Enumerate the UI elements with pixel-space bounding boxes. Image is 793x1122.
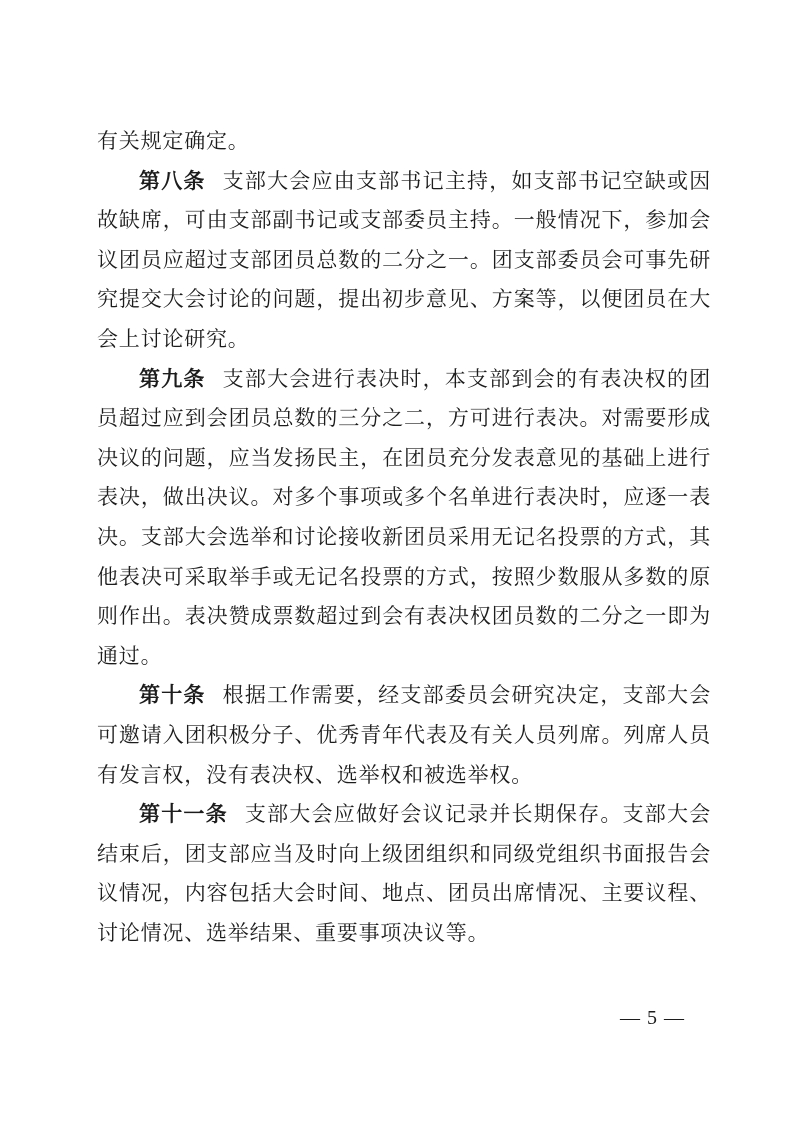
document-page: 有关规定确定。第八条支部大会应由支部书记主持，如支部书记空缺或因故缺席，可由支部… (0, 0, 793, 1122)
page-footer: — 5 — (620, 1003, 685, 1033)
page-number: — 5 — (620, 1007, 685, 1029)
paragraph: 第八条支部大会应由支部书记主持，如支部书记空缺或因故缺席，可由支部副书记或支部委… (97, 162, 711, 360)
paragraph: 第十条根据工作需要，经支部委员会研究决定，支部大会可邀请入团积极分子、优秀青年代… (97, 676, 711, 795)
article-number: 第十一条 (139, 802, 228, 826)
article-number: 第八条 (139, 169, 206, 193)
paragraph: 有关规定确定。 (97, 122, 711, 162)
paragraph: 第十一条支部大会应做好会议记录并长期保存。支部大会结束后，团支部应当及时向上级团… (97, 795, 711, 953)
paragraph: 第九条支部大会进行表决时，本支部到会的有表决权的团员超过应到会团员总数的三分之二… (97, 360, 711, 677)
article-number: 第九条 (139, 367, 206, 391)
document-body: 有关规定确定。第八条支部大会应由支部书记主持，如支部书记空缺或因故缺席，可由支部… (97, 122, 711, 953)
article-number: 第十条 (139, 683, 206, 707)
